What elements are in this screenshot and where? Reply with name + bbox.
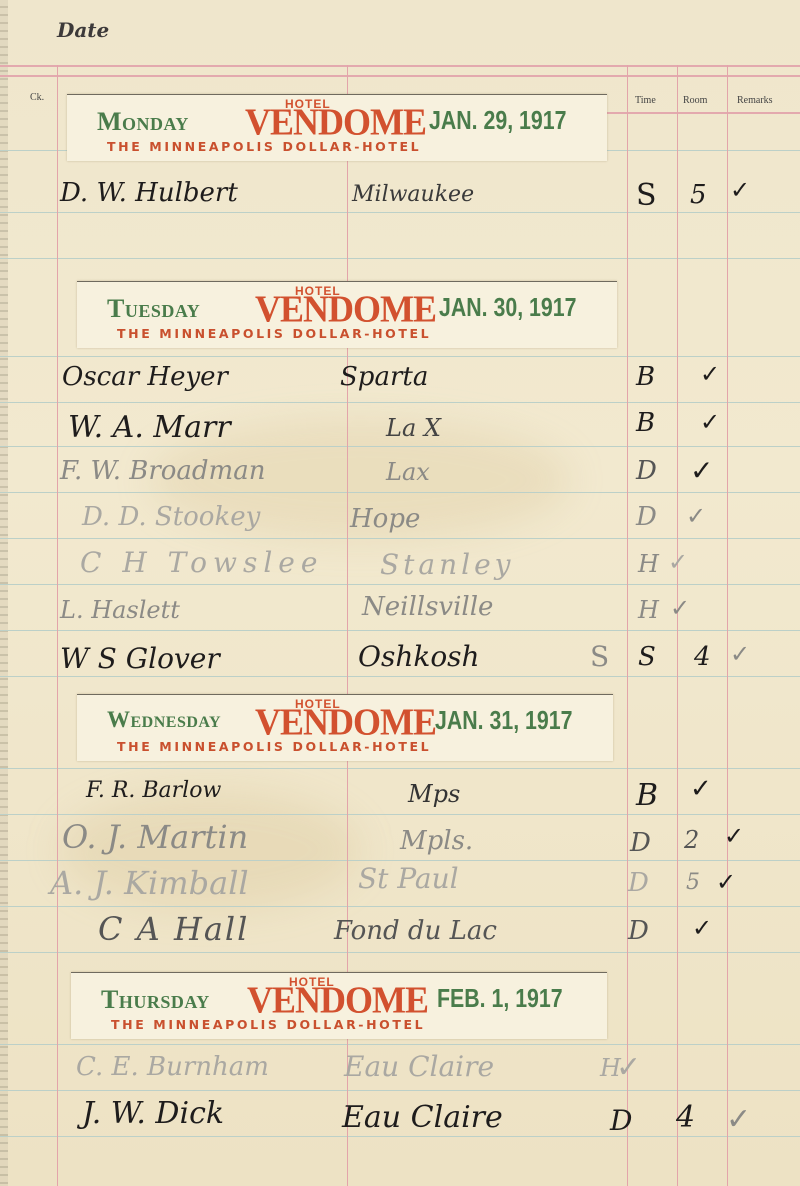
check-mark-icon: ✓	[724, 822, 744, 850]
guest-name: O. J. Martin	[62, 818, 248, 856]
guest-name: F. W. Broadman	[60, 456, 265, 486]
stamp-hotel-name: VENDOME	[247, 978, 428, 1022]
date-label: Date	[57, 18, 109, 42]
stamp-hotel-name: VENDOME	[255, 287, 436, 331]
ck-column-header: Ck.	[30, 92, 44, 103]
stamp-day: Thursday	[101, 985, 210, 1015]
check-mark-icon: ✓	[730, 640, 750, 668]
ck-mark: S	[590, 640, 609, 673]
date-stamp-monday: Monday HOTEL VENDOME JAN. 29, 1917 THE M…	[67, 94, 607, 161]
guest-time: H	[638, 596, 659, 624]
guest-city: Stanley	[380, 548, 515, 581]
guest-city: Hope	[350, 504, 420, 534]
stamp-hotel-name: VENDOME	[245, 100, 426, 144]
guest-time: D	[610, 1104, 632, 1137]
check-mark-icon: ✓	[670, 594, 690, 622]
guest-name: D. W. Hulbert	[60, 178, 238, 208]
binding-edge	[0, 0, 8, 1186]
register-page: Date Ck. Time Room Remarks Monday HOTEL …	[0, 0, 800, 1186]
guest-room: 2	[684, 826, 699, 854]
guest-city: Mps	[408, 780, 460, 808]
guest-city: Sparta	[340, 362, 428, 392]
stamp-tagline: THE MINNEAPOLIS DOLLAR-HOTEL	[107, 139, 421, 154]
column-rule	[727, 65, 728, 1186]
guest-room: 4	[694, 642, 711, 672]
guest-time: B	[636, 778, 658, 813]
time-column-header: Time	[635, 95, 656, 106]
header-rule	[0, 65, 800, 67]
guest-name: F. R. Barlow	[86, 778, 221, 803]
column-rule	[677, 65, 678, 1186]
stamp-tagline: THE MINNEAPOLIS DOLLAR-HOTEL	[111, 1017, 425, 1032]
guest-name: W. A. Marr	[68, 410, 231, 445]
guest-name: C. E. Burnham	[76, 1052, 269, 1082]
column-rule	[627, 65, 628, 1186]
column-rule	[57, 65, 58, 1186]
guest-time: D	[636, 456, 657, 486]
stamp-day: Wednesday	[107, 707, 221, 733]
guest-room: 5	[686, 870, 700, 895]
check-mark-icon: ✓	[730, 176, 750, 204]
stamp-date: JAN. 30, 1917	[439, 292, 576, 323]
check-mark-icon: ✓	[700, 408, 720, 436]
guest-time: B	[636, 408, 655, 438]
guest-city: Mpls.	[400, 826, 473, 856]
guest-city: Neillsville	[362, 592, 493, 622]
check-mark-icon: ✓	[726, 1102, 751, 1137]
check-mark-icon: ✓	[668, 548, 688, 576]
check-mark-icon: ✓	[716, 868, 736, 896]
guest-city: La X	[386, 414, 441, 442]
guest-time: B	[636, 362, 655, 392]
guest-name: L. Haslett	[60, 596, 180, 624]
guest-name: J. W. Dick	[82, 1096, 224, 1131]
stamp-tagline: THE MINNEAPOLIS DOLLAR-HOTEL	[117, 326, 431, 341]
stamp-date: FEB. 1, 1917	[437, 983, 563, 1014]
date-stamp-wednesday: Wednesday HOTEL VENDOME JAN. 31, 1917 TH…	[77, 694, 613, 761]
header-rule	[0, 75, 800, 77]
guest-name: D. D. Stookey	[82, 502, 260, 532]
stamp-date: JAN. 31, 1917	[435, 705, 572, 736]
guest-city: Oshkosh	[358, 640, 480, 673]
guest-time: S	[636, 178, 657, 213]
header-rule	[600, 112, 800, 114]
check-mark-icon: ✓	[686, 502, 706, 530]
guest-city: Eau Claire	[344, 1050, 494, 1083]
guest-room: 4	[676, 1100, 695, 1135]
check-mark-icon: ✓	[690, 454, 713, 487]
guest-city: Fond du Lac	[334, 916, 497, 946]
guest-city: Milwaukee	[352, 182, 474, 207]
check-mark-icon: ✓	[700, 360, 720, 388]
date-stamp-thursday: Thursday HOTEL VENDOME FEB. 1, 1917 THE …	[71, 972, 607, 1039]
guest-time: D	[630, 828, 651, 858]
guest-name: C H Towslee	[80, 546, 323, 579]
guest-name: Oscar Heyer	[62, 362, 228, 392]
date-stamp-tuesday: Tuesday HOTEL VENDOME JAN. 30, 1917 THE …	[77, 281, 617, 348]
check-mark-icon: ✓	[690, 774, 712, 804]
guest-name: W S Glover	[60, 642, 220, 675]
guest-city: Lax	[386, 458, 430, 486]
check-mark-icon: ✓	[692, 914, 712, 942]
guest-time: D	[636, 502, 657, 532]
guest-name: C A Hall	[98, 910, 249, 948]
guest-time: H	[638, 550, 659, 578]
check-mark-icon: ✓	[616, 1050, 641, 1085]
guest-time: D	[628, 916, 649, 946]
guest-room: 5	[690, 180, 707, 210]
guest-name: A. J. Kimball	[50, 864, 249, 902]
stamp-day: Tuesday	[107, 294, 200, 324]
guest-city: St Paul	[358, 862, 459, 895]
remarks-column-header: Remarks	[737, 95, 773, 106]
room-column-header: Room	[683, 95, 707, 106]
guest-time: S	[638, 642, 656, 672]
stamp-day: Monday	[97, 107, 189, 137]
stamp-date: JAN. 29, 1917	[429, 105, 566, 136]
guest-time: D	[628, 868, 649, 898]
stamp-hotel-name: VENDOME	[255, 700, 436, 744]
stamp-tagline: THE MINNEAPOLIS DOLLAR-HOTEL	[117, 739, 431, 754]
guest-city: Eau Claire	[342, 1100, 503, 1135]
